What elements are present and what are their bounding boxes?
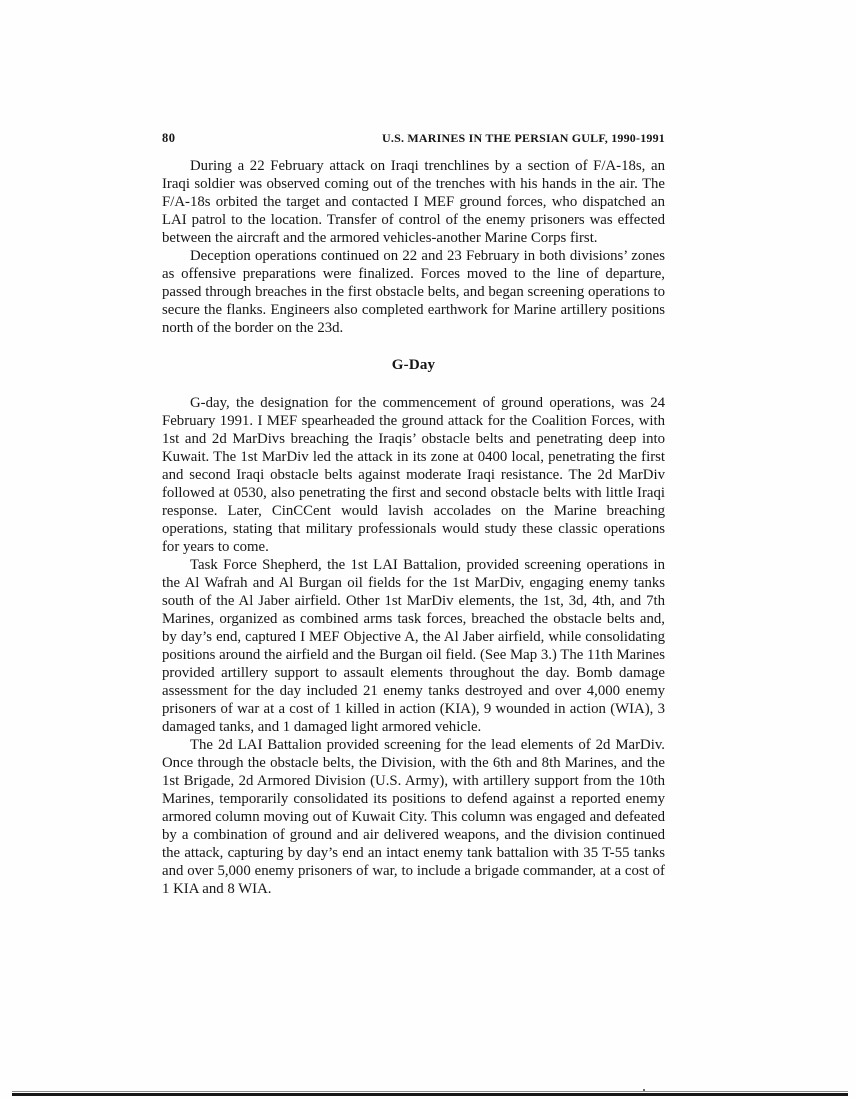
- page-header: 80 U.S. MARINES IN THE PERSIAN GULF, 199…: [162, 131, 665, 146]
- body-text: During a 22 February attack on Iraqi tre…: [162, 157, 665, 898]
- paragraph: Task Force Shepherd, the 1st LAI Battali…: [162, 556, 665, 736]
- page-number: 80: [162, 131, 176, 146]
- section-heading: G-Day: [162, 356, 665, 374]
- running-title: U.S. MARINES IN THE PERSIAN GULF, 1990-1…: [382, 131, 665, 146]
- document-page: 80 U.S. MARINES IN THE PERSIAN GULF, 199…: [0, 0, 856, 1099]
- page-bottom-rule: [12, 1091, 848, 1096]
- paragraph: During a 22 February attack on Iraqi tre…: [162, 157, 665, 247]
- paragraph: G-day, the designation for the commencem…: [162, 394, 665, 556]
- paragraph: Deception operations continued on 22 and…: [162, 247, 665, 337]
- rule-thick-line: [12, 1093, 848, 1096]
- paragraph: The 2d LAI Battalion provided screening …: [162, 736, 665, 898]
